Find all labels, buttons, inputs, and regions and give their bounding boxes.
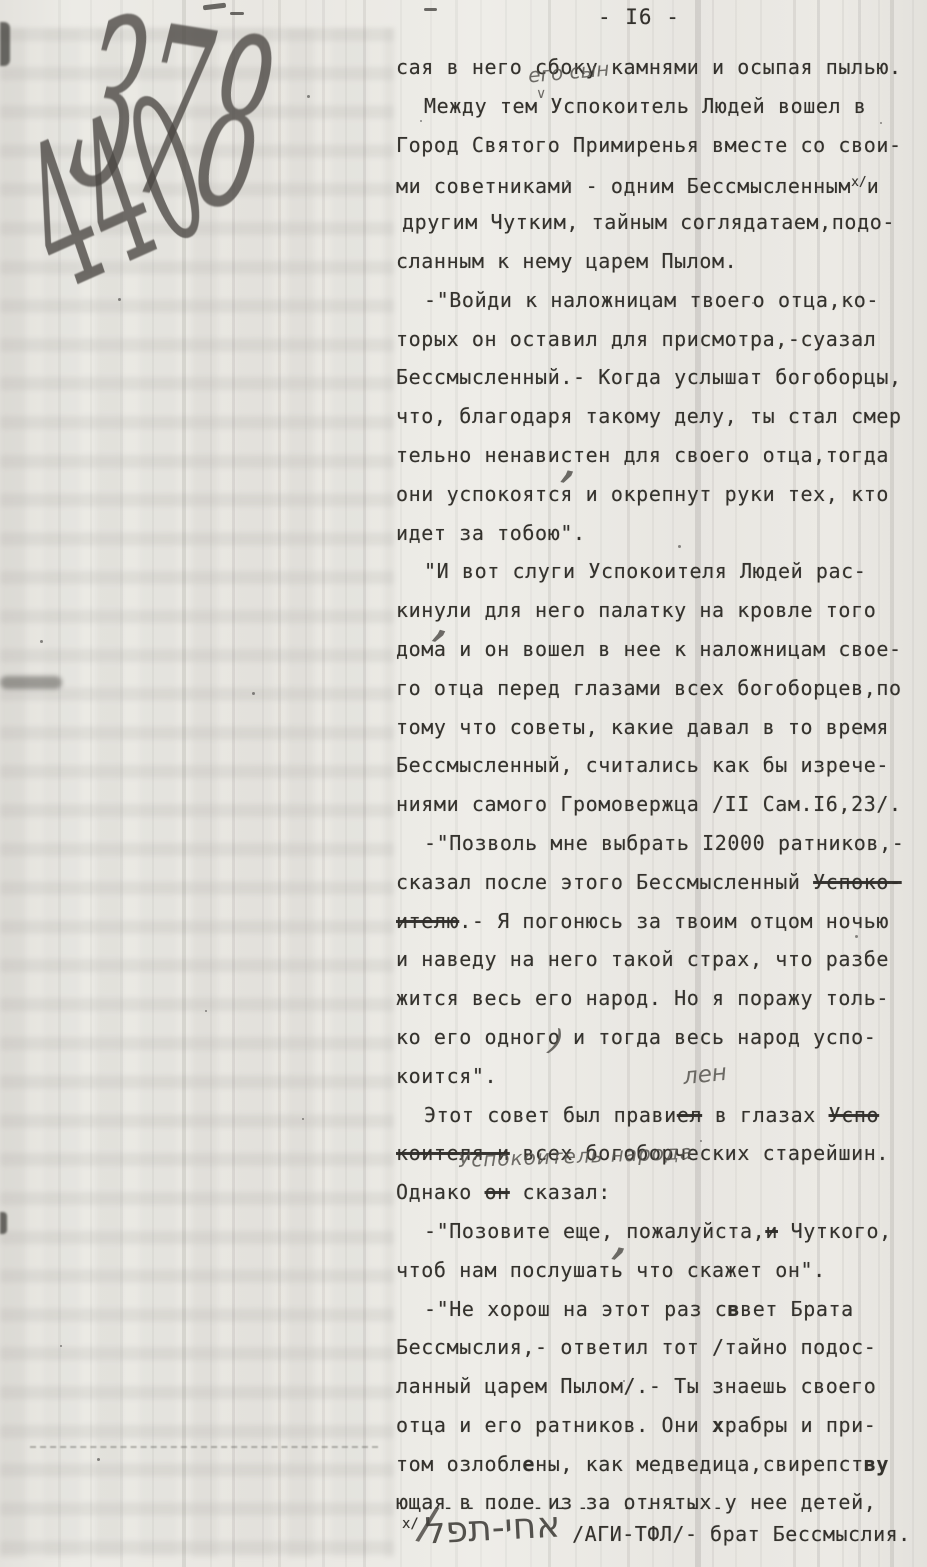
paper-speck: [848, 1312, 851, 1315]
paper-speck: [752, 302, 754, 304]
text-segment: -"Позовите еще, пожалуйста,: [424, 1219, 765, 1243]
text-segment: ниями самого Громовержца /II Сам.I6,23/.: [396, 792, 902, 816]
text-segment: рабры и при-: [725, 1413, 877, 1437]
text-line: торых он оставил для присмотра,-суазал: [396, 320, 927, 359]
text-segment: Чуткого,: [778, 1219, 892, 1243]
text-line: жится весь его народ. Но я поражу толь-: [396, 979, 927, 1018]
text-line: Бессмысленный.- Когда услышат богоборцы,: [396, 358, 927, 397]
text-segment: Город Святого Примиренья вместе со свои-: [396, 133, 902, 157]
text-line: Город Святого Примиренья вместе со свои-: [396, 126, 927, 165]
text-line: Бессмысленный, считались как бы изрече-: [396, 746, 927, 785]
scan-streak: [345, 0, 347, 1567]
text-line: чтоб нам послушать что скажет он".: [396, 1251, 927, 1290]
text-segment: го отца перед глазами всех богоборцев,по: [396, 676, 902, 700]
text-segment-sup: х/: [851, 175, 867, 190]
text-line: сказал после этого Бессмысленный Успоко-: [396, 863, 927, 902]
text-segment-strike: Успоко-: [813, 870, 902, 894]
paper-speck: [566, 180, 569, 183]
text-line: они успокоятся и окрепнут руки тех, кто: [396, 475, 927, 514]
edge-smudge: [0, 676, 62, 689]
text-segment: дома и он вошел в нее к наложницам свое-: [396, 637, 902, 661]
paper-speck: [302, 1118, 304, 1120]
text-line: коится".: [396, 1057, 927, 1096]
text-line: другим Чутким, тайным соглядатаем,подо-: [402, 203, 927, 242]
text-segment: .- Я погонюсь за твоим отцом ночью: [459, 909, 889, 933]
text-segment: торых он оставил для присмотра,-суазал: [396, 327, 876, 351]
text-line: идет за тобою".: [396, 514, 927, 553]
scan-streak: [305, 0, 307, 1567]
text-segment: всех богоборческих старейшин.: [510, 1141, 889, 1165]
paper-speck: [678, 545, 681, 548]
text-segment: сказал после этого Бессмысленный: [396, 870, 813, 894]
text-segment: ми советниками - одним Бессмысленным: [396, 174, 851, 198]
paper-speck: [700, 1140, 702, 1142]
paper-speck: [855, 935, 858, 938]
footnote-hebrew-handwriting: אחי-תפל: [424, 1504, 561, 1552]
paper-speck: [307, 95, 310, 98]
text-segment: -"Войди к наложницам твоего отца,ко-: [424, 288, 879, 312]
text-line: тому что советы, какие давал в то время: [396, 708, 927, 747]
paper-speck: [40, 640, 43, 643]
crease-line: [30, 1446, 378, 1448]
text-line: Бессмыслия,- ответил тот /тайно подос-: [396, 1328, 927, 1367]
footnote: х/ אחי-תפל /АГИ-ТФЛ/- брат Бессмыслия.: [402, 1514, 911, 1555]
text-segment: что, благодаря такому делу, ты стал смер: [396, 404, 902, 428]
text-segment-bold: ву: [864, 1452, 889, 1476]
text-line: Этот совет был правиел в глазах Успо: [396, 1096, 927, 1135]
text-segment: Бессмысленный.- Когда услышат богоборцы,: [396, 365, 902, 389]
paper-speck: [97, 1458, 100, 1461]
text-segment: жится весь его народ. Но я поражу толь-: [396, 986, 889, 1010]
text-line: дома и он вошел в нее к наложницам свое-: [396, 630, 927, 669]
text-line: Однако он сказал:: [396, 1173, 927, 1212]
text-segment-strike: он: [485, 1180, 510, 1204]
text-line: ми советниками - одним Бессмысленнымх/и: [396, 164, 927, 203]
text-segment: отца и его ратников. Они: [396, 1413, 712, 1437]
text-line: -"Войди к наложницам твоего отца,ко-: [396, 281, 927, 320]
text-segment: вет Брата: [740, 1297, 854, 1321]
text-line: ко его одного и тогда весь народ успо-: [396, 1018, 927, 1057]
text-line: "И вот слуги Успокоителя Людей рас-: [396, 552, 927, 591]
text-segment: они успокоятся и окрепнут руки тех, кто: [396, 482, 889, 506]
text-segment: ны, как медведица,свирепст: [535, 1452, 864, 1476]
text-line: и наведу на него такой страх, что разбе: [396, 940, 927, 979]
text-segment: -"Позволь мне выбрать I2000 ратников,-: [424, 831, 904, 855]
paper-speck: [623, 1380, 625, 1382]
paper-speck: [420, 120, 422, 122]
text-segment: коится".: [396, 1064, 497, 1088]
text-segment: тому что советы, какие давал в то время: [396, 715, 889, 739]
text-line: кинули для него палатку на кровле того: [396, 591, 927, 630]
text-segment: идет за тобою".: [396, 521, 586, 545]
text-segment-strike: ел: [677, 1103, 702, 1127]
text-line: что, благодаря такому делу, ты стал смер: [396, 397, 927, 436]
paper-speck: [252, 692, 255, 695]
text-segment: Бессмысленный, считались как бы изрече-: [396, 753, 889, 777]
footnote-marker: х/: [402, 1516, 419, 1532]
text-segment: "И вот слуги Успокоителя Людей рас-: [424, 559, 866, 583]
text-line: сланным к нему царем Пылом.: [396, 242, 927, 281]
text-line: коителя и всех богоборческих старейшин.: [396, 1134, 927, 1173]
text-segment: другим Чутким, тайным соглядатаем,подо-: [402, 210, 895, 234]
text-segment: кинули для него палатку на кровле того: [396, 598, 876, 622]
text-segment-strike: ителю: [396, 909, 459, 933]
text-segment: в глазах: [702, 1103, 828, 1127]
text-segment: тельно ненавистен для своего отца,тогда: [396, 443, 889, 467]
edge-mark: [0, 1212, 7, 1234]
text-line: ниями самого Громовержца /II Сам.I6,23/.: [396, 785, 927, 824]
text-segment: чтоб нам послушать что скажет он".: [396, 1258, 826, 1282]
text-line: -"Позволь мне выбрать I2000 ратников,-: [396, 824, 927, 863]
text-line: тельно ненавистен для своего отца,тогда: [396, 436, 927, 475]
text-line: сая в него сбоку камнями и осыпая пылью.: [396, 48, 927, 87]
text-segment-bold: е: [522, 1452, 535, 1476]
edge-mark: [424, 8, 437, 11]
text-line: отца и его ратников. Они храбры и при-: [396, 1406, 927, 1445]
text-segment: сая в него сбоку камнями и осыпая пылью.: [396, 55, 902, 79]
text-segment: и наведу на него такой страх, что разбе: [396, 947, 889, 971]
text-segment: -"Не хорош на этот раз с: [424, 1297, 727, 1321]
text-segment-strike: Успо: [829, 1103, 880, 1127]
text-segment: Однако: [396, 1180, 485, 1204]
edge-mark: [230, 12, 244, 15]
edge-mark: [0, 22, 10, 66]
paper-speck: [118, 298, 121, 301]
paper-speck: [740, 1462, 742, 1464]
text-segment: Этот совет был прави: [424, 1103, 677, 1127]
text-segment-strike: коителя и: [396, 1141, 510, 1165]
text-segment-bold: х: [712, 1413, 725, 1437]
text-segment: Бессмыслия,- ответил тот /тайно подос-: [396, 1335, 876, 1359]
text-line: том озлоблены, как медведица,свирепству: [396, 1445, 927, 1484]
text-segment: ланный царем Пылом/.- Ты знаешь своего: [396, 1374, 876, 1398]
scan-streak: [278, 0, 281, 1567]
text-line: -"Не хорош на этот раз сввет Брата: [396, 1290, 927, 1329]
paper-speck: [205, 1010, 207, 1012]
text-line: -"Позовите еще, пожалуйста,и Чуткого,: [396, 1212, 927, 1251]
typed-text-block: сая в него сбоку камнями и осыпая пылью.…: [396, 48, 927, 1522]
paper-speck: [880, 122, 882, 124]
text-segment-bold: в: [727, 1297, 740, 1321]
scanned-typewritten-page: - I6 - 378 440 сая в него сбоку камнями …: [0, 0, 927, 1567]
scan-streak: [262, 0, 264, 1567]
text-segment: и: [867, 174, 880, 198]
text-segment: сланным к нему царем Пылом.: [396, 249, 737, 273]
text-segment: том озлобл: [396, 1452, 522, 1476]
scan-streak: [322, 0, 325, 1567]
text-line: го отца перед глазами всех богоборцев,по: [396, 669, 927, 708]
page-number: - I6 -: [598, 5, 680, 29]
text-line: ланный царем Пылом/.- Ты знаешь своего: [396, 1367, 927, 1406]
text-segment-strike: и: [765, 1219, 778, 1243]
text-line: ителю.- Я погонюсь за твоим отцом ночью: [396, 902, 927, 941]
text-segment: ко его одного и тогда весь народ успо-: [396, 1025, 876, 1049]
footnote-typed-text: /АГИ-ТФЛ/- брат Бессмыслия.: [572, 1514, 911, 1554]
paper-speck: [60, 1345, 62, 1347]
text-segment: Между тем Успокоитель Людей вошел в: [424, 94, 866, 118]
text-segment: сказал:: [510, 1180, 611, 1204]
scan-streak: [363, 0, 366, 1567]
text-line: Между тем Успокоитель Людей вошел в: [396, 87, 927, 126]
